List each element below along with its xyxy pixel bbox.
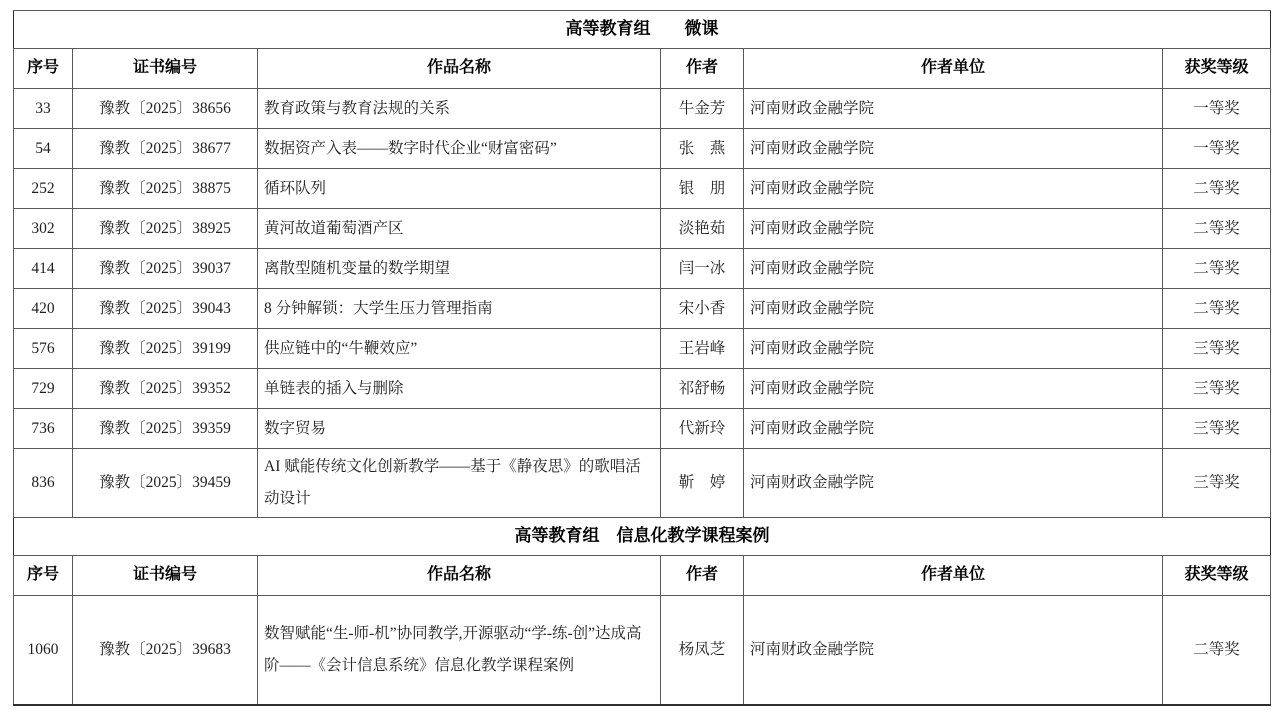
cell-author: 淡艳茹	[661, 209, 744, 249]
cell-award-level: 一等奖	[1163, 89, 1271, 129]
cell-author: 杨凤芝	[661, 595, 744, 705]
section-title: 高等教育组 微课	[14, 11, 1271, 49]
cell-certificate-no: 豫教〔2025〕39037	[73, 249, 258, 289]
cell-certificate-no: 豫教〔2025〕39199	[73, 329, 258, 369]
cell-certificate-no: 豫教〔2025〕38656	[73, 89, 258, 129]
section-title: 高等教育组 信息化教学课程案例	[14, 517, 1271, 555]
cell-certificate-no: 豫教〔2025〕38875	[73, 169, 258, 209]
table-row: 736豫教〔2025〕39359数字贸易代新玲河南财政金融学院三等奖	[14, 409, 1271, 449]
cell-work-title: 单链表的插入与删除	[258, 369, 661, 409]
cell-author: 张 燕	[661, 129, 744, 169]
header-serial-no: 序号	[14, 555, 73, 595]
cell-award-level: 三等奖	[1163, 449, 1271, 518]
header-work-title: 作品名称	[258, 49, 661, 89]
cell-author-org: 河南财政金融学院	[744, 89, 1163, 129]
cell-author-org: 河南财政金融学院	[744, 289, 1163, 329]
table-row: 302豫教〔2025〕38925黄河故道葡萄酒产区淡艳茹河南财政金融学院二等奖	[14, 209, 1271, 249]
header-author: 作者	[661, 555, 744, 595]
cell-award-level: 二等奖	[1163, 169, 1271, 209]
cell-certificate-no: 豫教〔2025〕39683	[73, 595, 258, 705]
awards-table: 高等教育组 微课序号证书编号作品名称作者作者单位获奖等级33豫教〔2025〕38…	[13, 10, 1271, 706]
cell-work-title: 数据资产入表——数字时代企业“财富密码”	[258, 129, 661, 169]
section-title-row: 高等教育组 信息化教学课程案例	[14, 517, 1271, 555]
cell-certificate-no: 豫教〔2025〕39459	[73, 449, 258, 518]
cell-author-org: 河南财政金融学院	[744, 595, 1163, 705]
cell-serial-no: 302	[14, 209, 73, 249]
cell-work-title: AI 赋能传统文化创新教学——基于《静夜思》的歌唱活动设计	[258, 449, 661, 518]
cell-serial-no: 252	[14, 169, 73, 209]
cell-award-level: 三等奖	[1163, 409, 1271, 449]
cell-author-org: 河南财政金融学院	[744, 329, 1163, 369]
cell-author: 牛金芳	[661, 89, 744, 129]
cell-award-level: 二等奖	[1163, 289, 1271, 329]
cell-certificate-no: 豫教〔2025〕38925	[73, 209, 258, 249]
awards-table-body: 高等教育组 微课序号证书编号作品名称作者作者单位获奖等级33豫教〔2025〕38…	[14, 11, 1271, 706]
cell-author: 代新玲	[661, 409, 744, 449]
cell-serial-no: 414	[14, 249, 73, 289]
table-row: 576豫教〔2025〕39199供应链中的“牛鞭效应”王岩峰河南财政金融学院三等…	[14, 329, 1271, 369]
section-title-row: 高等教育组 微课	[14, 11, 1271, 49]
cell-author-org: 河南财政金融学院	[744, 129, 1163, 169]
cell-serial-no: 729	[14, 369, 73, 409]
table-row: 54豫教〔2025〕38677数据资产入表——数字时代企业“财富密码”张 燕河南…	[14, 129, 1271, 169]
cell-author: 宋小香	[661, 289, 744, 329]
header-award-level: 获奖等级	[1163, 555, 1271, 595]
cell-serial-no: 1060	[14, 595, 73, 705]
cell-certificate-no: 豫教〔2025〕39352	[73, 369, 258, 409]
cell-award-level: 二等奖	[1163, 595, 1271, 705]
cell-author: 银 朋	[661, 169, 744, 209]
cell-work-title: 离散型随机变量的数学期望	[258, 249, 661, 289]
table-row: 414豫教〔2025〕39037离散型随机变量的数学期望闫一冰河南财政金融学院二…	[14, 249, 1271, 289]
cell-serial-no: 54	[14, 129, 73, 169]
cell-certificate-no: 豫教〔2025〕38677	[73, 129, 258, 169]
cell-author-org: 河南财政金融学院	[744, 209, 1163, 249]
header-award-level: 获奖等级	[1163, 49, 1271, 89]
table-row: 33豫教〔2025〕38656教育政策与教育法规的关系牛金芳河南财政金融学院一等…	[14, 89, 1271, 129]
cell-award-level: 一等奖	[1163, 129, 1271, 169]
cell-award-level: 二等奖	[1163, 209, 1271, 249]
header-certificate-no: 证书编号	[73, 49, 258, 89]
cell-author: 王岩峰	[661, 329, 744, 369]
document-page: 高等教育组 微课序号证书编号作品名称作者作者单位获奖等级33豫教〔2025〕38…	[0, 0, 1283, 726]
cell-work-title: 供应链中的“牛鞭效应”	[258, 329, 661, 369]
header-certificate-no: 证书编号	[73, 555, 258, 595]
cell-author: 祁舒畅	[661, 369, 744, 409]
cell-serial-no: 836	[14, 449, 73, 518]
header-serial-no: 序号	[14, 49, 73, 89]
cell-certificate-no: 豫教〔2025〕39359	[73, 409, 258, 449]
column-header-row: 序号证书编号作品名称作者作者单位获奖等级	[14, 49, 1271, 89]
cell-author-org: 河南财政金融学院	[744, 449, 1163, 518]
cell-work-title: 数智赋能“生-师-机”协同教学,开源驱动“学-练-创”达成高阶——《会计信息系统…	[258, 595, 661, 705]
cell-certificate-no: 豫教〔2025〕39043	[73, 289, 258, 329]
cell-work-title: 8 分钟解锁：大学生压力管理指南	[258, 289, 661, 329]
cell-author-org: 河南财政金融学院	[744, 169, 1163, 209]
cell-award-level: 二等奖	[1163, 249, 1271, 289]
table-row: 252豫教〔2025〕38875循环队列银 朋河南财政金融学院二等奖	[14, 169, 1271, 209]
header-author-org: 作者单位	[744, 49, 1163, 89]
cell-serial-no: 33	[14, 89, 73, 129]
cell-author-org: 河南财政金融学院	[744, 409, 1163, 449]
cell-award-level: 三等奖	[1163, 329, 1271, 369]
cell-serial-no: 736	[14, 409, 73, 449]
cell-author-org: 河南财政金融学院	[744, 369, 1163, 409]
cell-author: 靳 婷	[661, 449, 744, 518]
table-row: 420豫教〔2025〕390438 分钟解锁：大学生压力管理指南宋小香河南财政金…	[14, 289, 1271, 329]
table-row: 729豫教〔2025〕39352单链表的插入与删除祁舒畅河南财政金融学院三等奖	[14, 369, 1271, 409]
cell-work-title: 数字贸易	[258, 409, 661, 449]
table-row: 836豫教〔2025〕39459AI 赋能传统文化创新教学——基于《静夜思》的歌…	[14, 449, 1271, 518]
cell-award-level: 三等奖	[1163, 369, 1271, 409]
cell-author-org: 河南财政金融学院	[744, 249, 1163, 289]
table-row: 1060豫教〔2025〕39683数智赋能“生-师-机”协同教学,开源驱动“学-…	[14, 595, 1271, 705]
column-header-row: 序号证书编号作品名称作者作者单位获奖等级	[14, 555, 1271, 595]
cell-serial-no: 420	[14, 289, 73, 329]
cell-work-title: 循环队列	[258, 169, 661, 209]
header-author: 作者	[661, 49, 744, 89]
cell-work-title: 黄河故道葡萄酒产区	[258, 209, 661, 249]
cell-author: 闫一冰	[661, 249, 744, 289]
header-work-title: 作品名称	[258, 555, 661, 595]
header-author-org: 作者单位	[744, 555, 1163, 595]
cell-work-title: 教育政策与教育法规的关系	[258, 89, 661, 129]
cell-serial-no: 576	[14, 329, 73, 369]
